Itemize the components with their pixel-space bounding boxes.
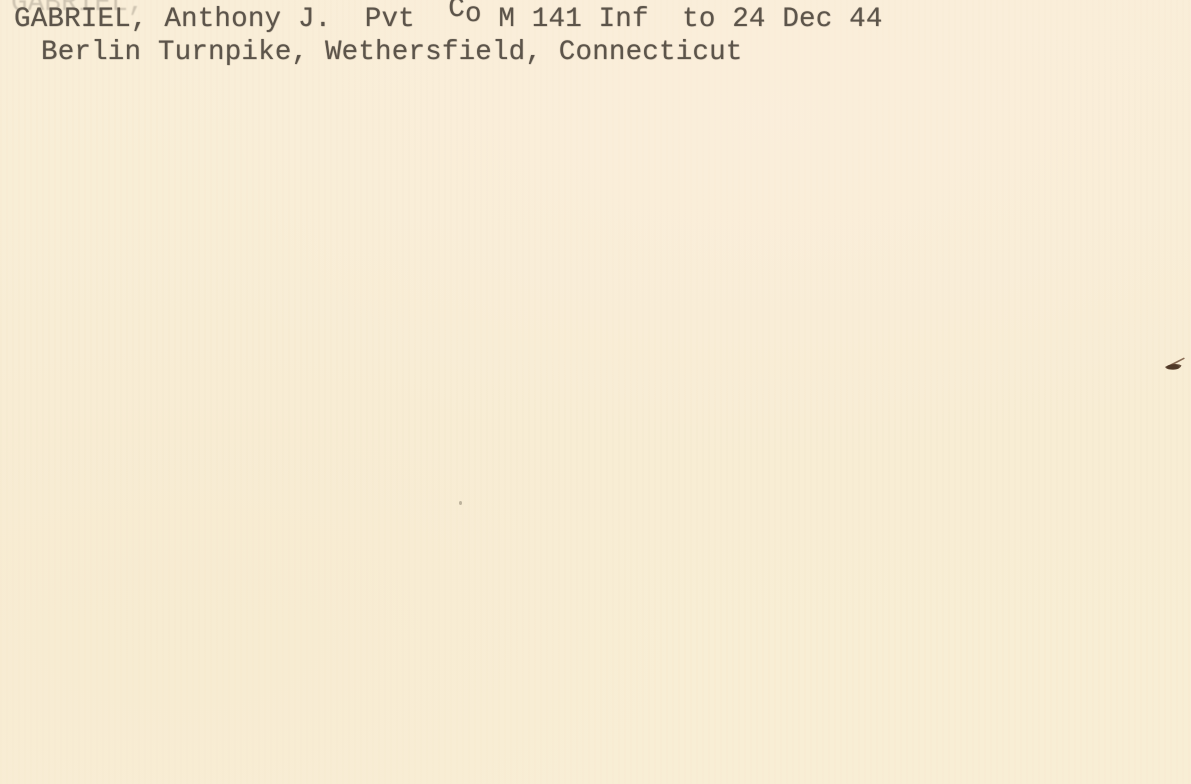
card-line-name-unit: GABRIEL, Anthony J. Pvt Co M 141 Inf to … (14, 4, 883, 36)
name-rank-text: GABRIEL, Anthony J. Pvt (14, 4, 448, 35)
company-abbrev-o: o (465, 0, 482, 30)
card-line-address: Berlin Turnpike, Wethersfield, Connectic… (41, 37, 743, 69)
company-abbrev-c: C (448, 0, 465, 25)
unit-date-text: M 141 Inf to 24 Dec 44 (482, 4, 883, 35)
ink-blot-mark (1160, 354, 1188, 374)
paper-speck (459, 501, 462, 505)
index-card: GABRIEL, GABRIEL, Anthony J. Pvt Co M 14… (0, 0, 1191, 784)
